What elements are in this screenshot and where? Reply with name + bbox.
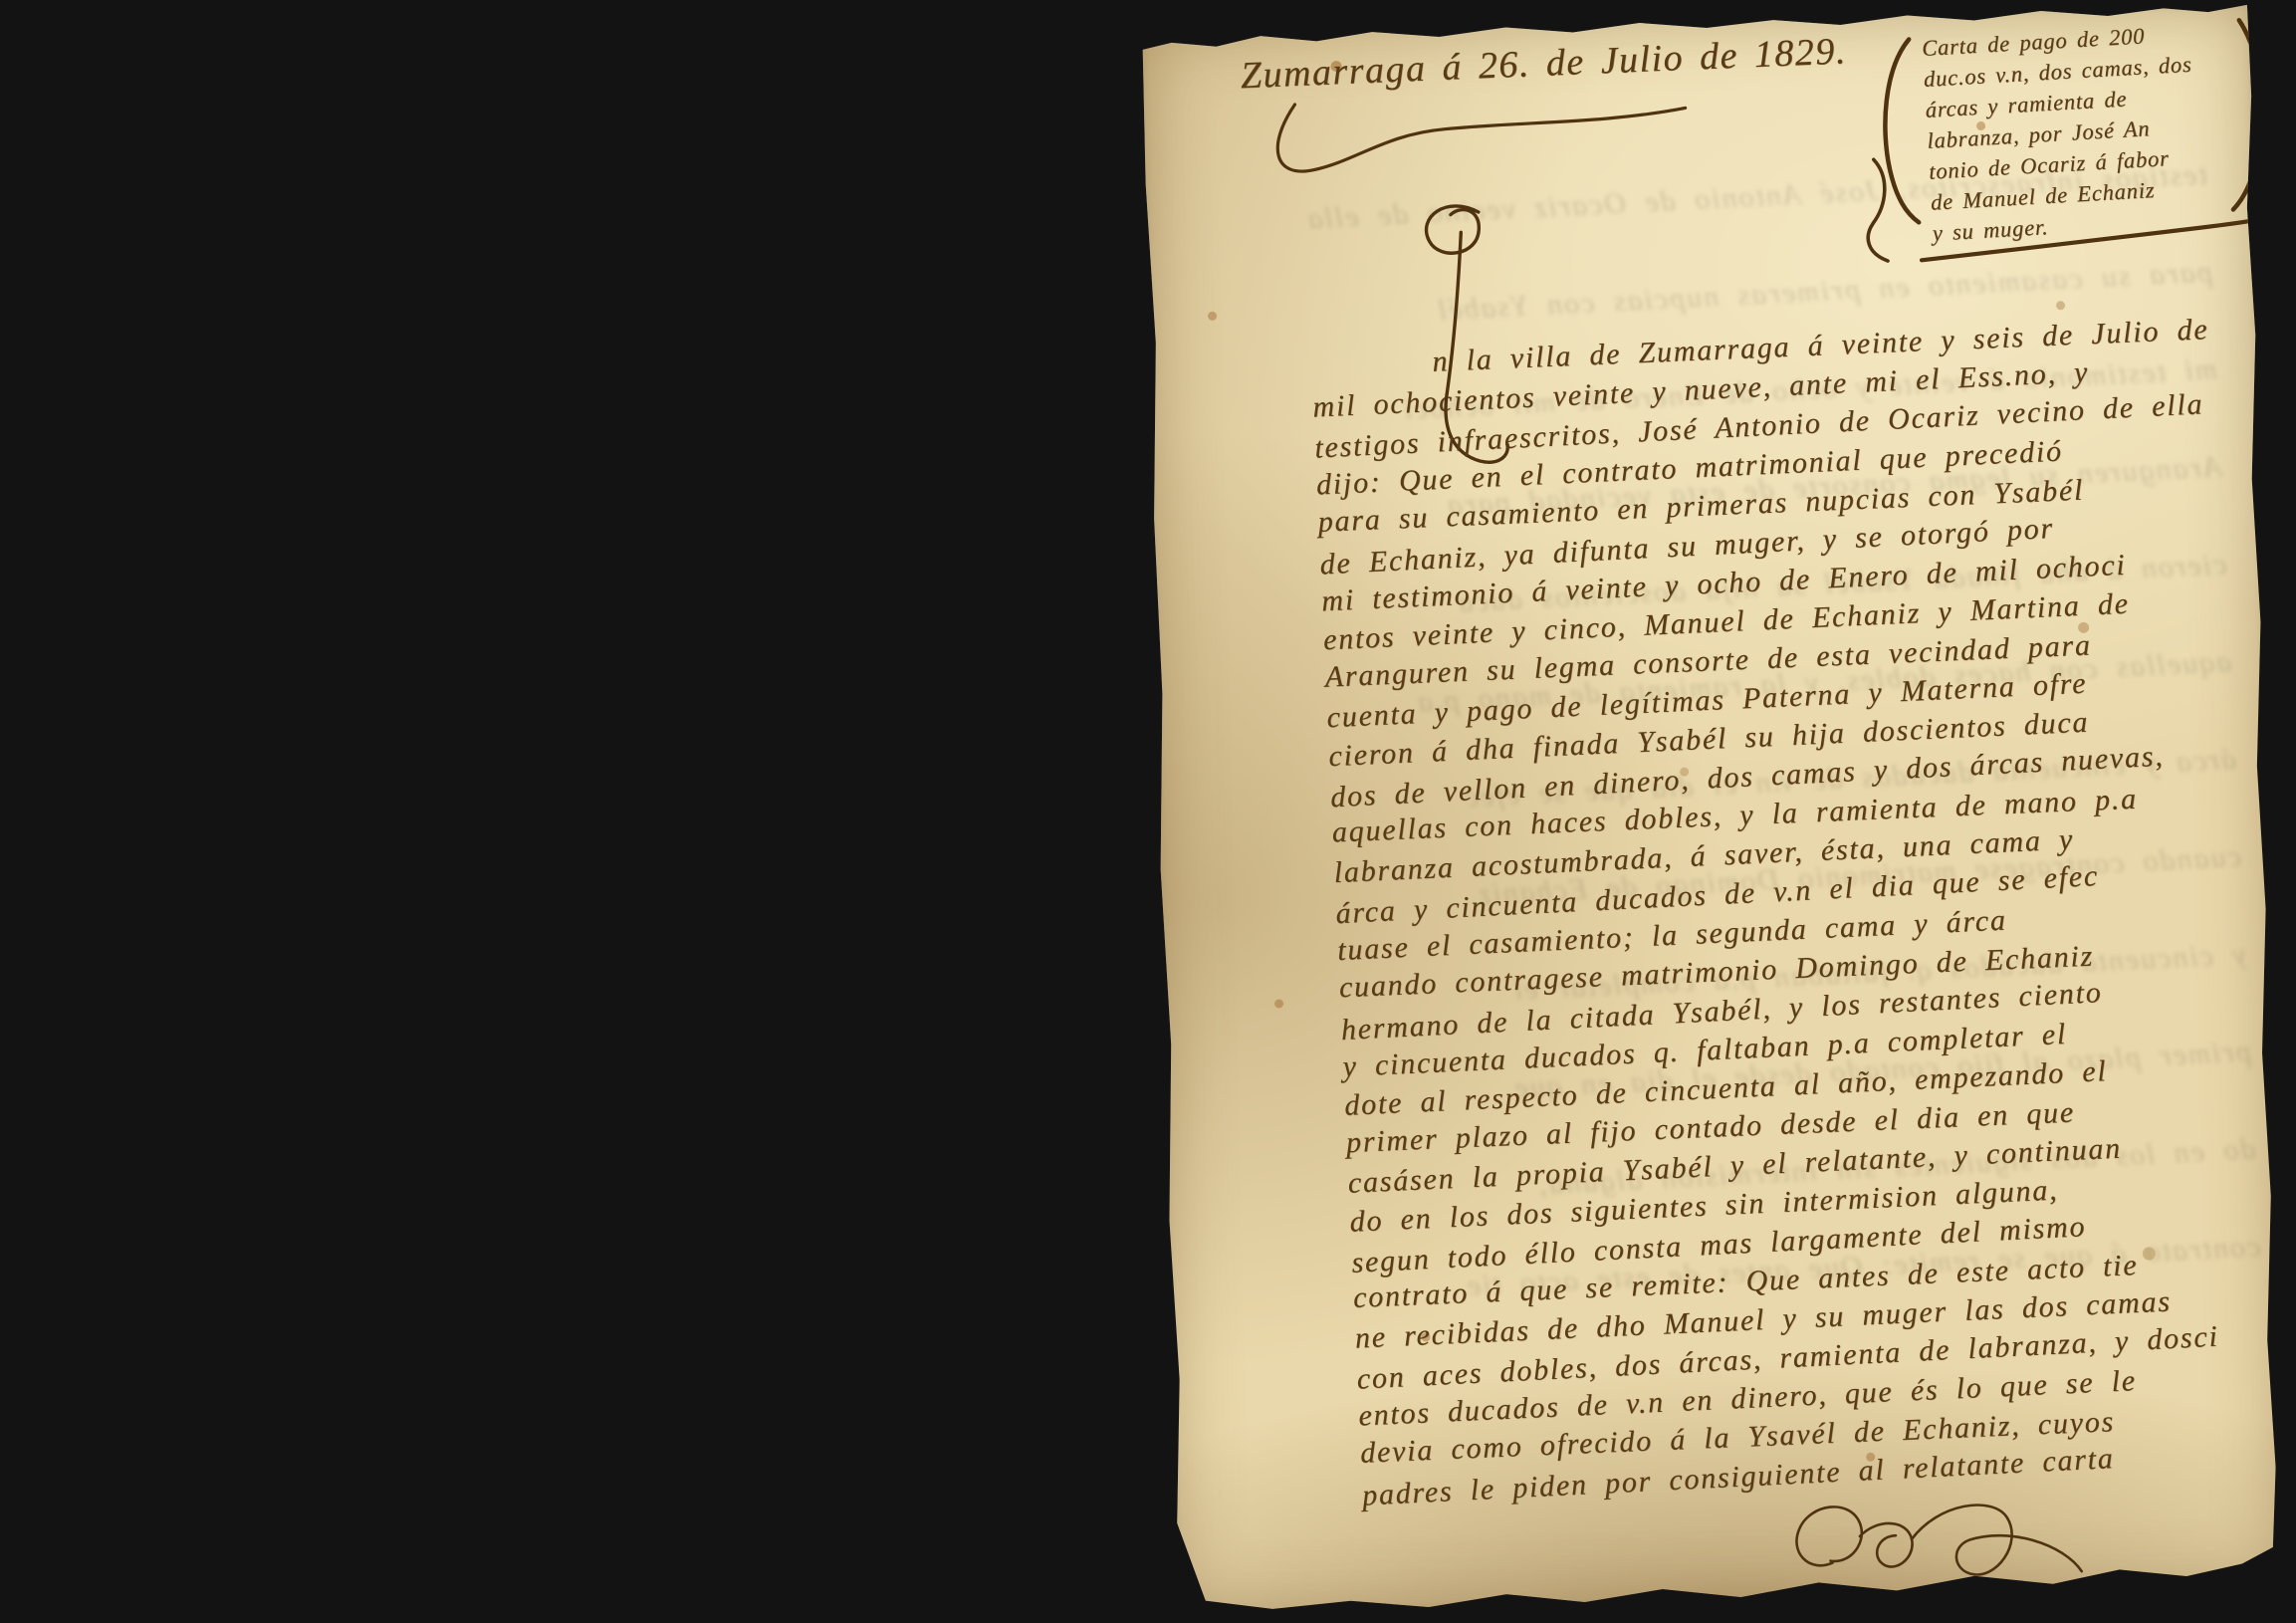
signature-rubric: [1779, 1480, 2101, 1606]
body-text: n la villa de Zumarraga á veinte y seis …: [1310, 306, 2296, 1512]
manuscript-paper: testigos infraescritos, José Antonio de …: [1138, 0, 2288, 1619]
paper-stains: [1138, 24, 1143, 29]
margin-note: Carta de pago de 200 duc.os v.n, dos cam…: [1921, 14, 2261, 248]
page-background: testigos infraescritos, José Antonio de …: [0, 0, 2296, 1623]
dateline-swash-flourish: [1235, 78, 1705, 197]
